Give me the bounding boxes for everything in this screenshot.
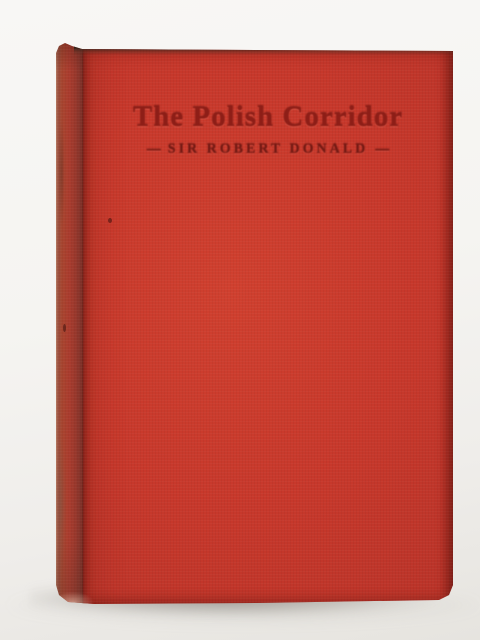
photo-background: The Polish Corridor —SIR ROBERT DONALD— [0, 0, 480, 640]
hardcover-book: The Polish Corridor —SIR ROBERT DONALD— [56, 42, 453, 605]
author-rule-right: — [368, 142, 396, 157]
embossed-cover-title: The Polish Corridor [83, 101, 453, 134]
wear-speck [108, 218, 112, 223]
author-rule-left: — [140, 142, 168, 157]
wear-speck [63, 324, 66, 332]
author-name: SIR ROBERT DONALD [168, 142, 368, 157]
embossed-cover-author: —SIR ROBERT DONALD— [83, 142, 453, 158]
